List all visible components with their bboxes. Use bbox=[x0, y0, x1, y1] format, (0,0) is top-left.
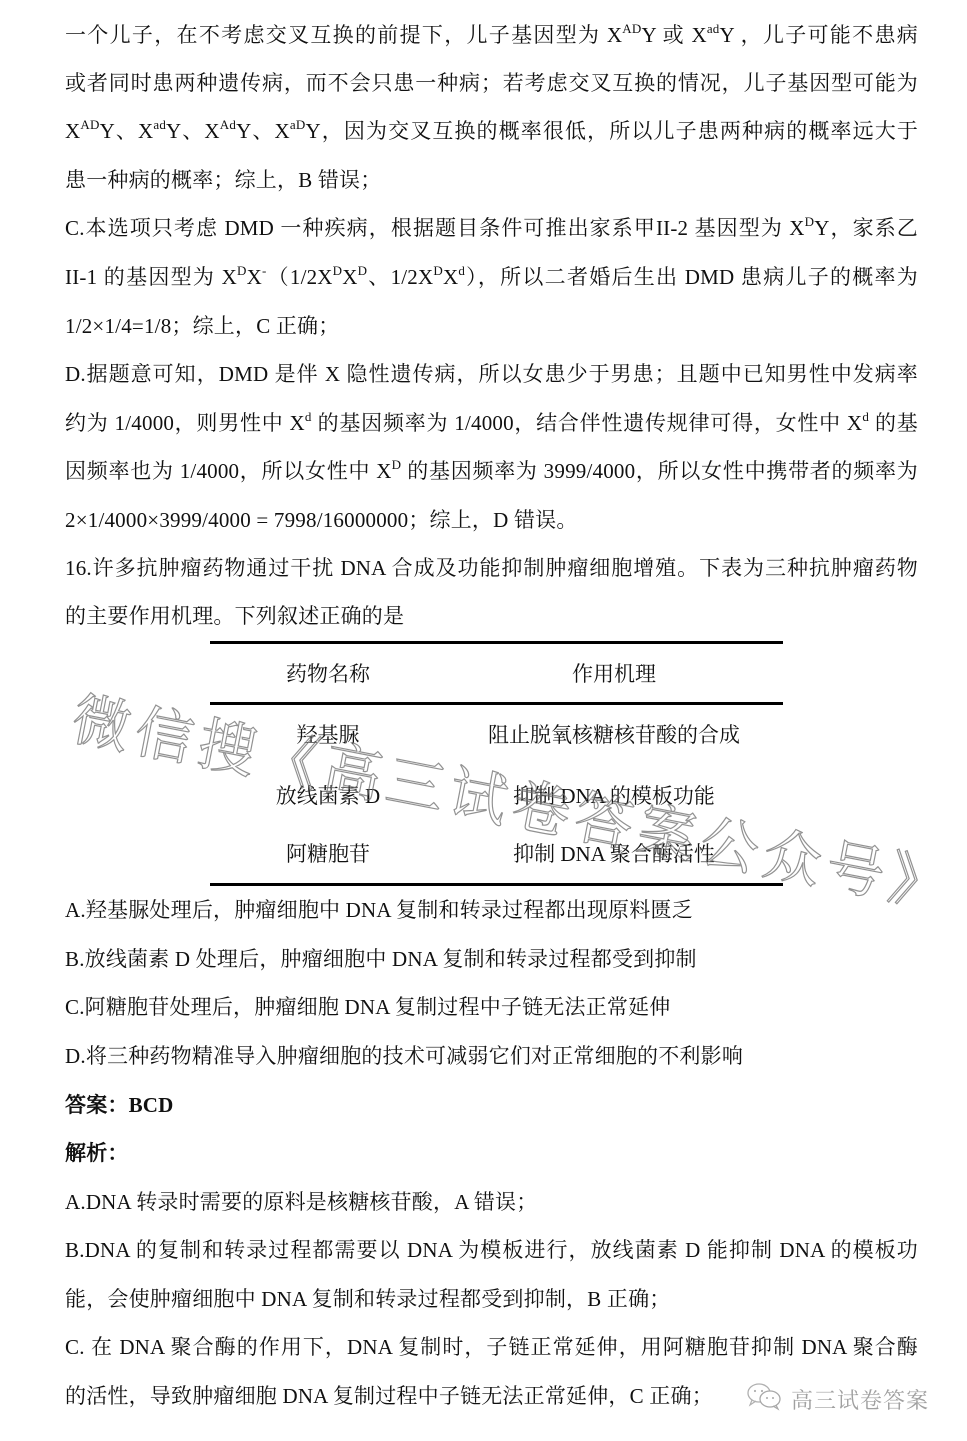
text-span: 因频率也为 1/4000，所以女性中 X bbox=[65, 459, 392, 483]
option-a: A.羟基脲处理后，肿瘤细胞中 DNA 复制和转录过程都出现原料匮乏 bbox=[65, 896, 693, 924]
account-logo: 高三试卷答案 bbox=[745, 1382, 929, 1417]
question-stem: 16.许多抗肿瘤药物通过干扰 DNA 合成及功能抑制肿瘤细胞增殖。下表为三种抗肿… bbox=[65, 554, 918, 582]
table-cell: 抑制 DNA 聚合酶活性 bbox=[513, 840, 715, 868]
text-span: 、1/2X bbox=[367, 265, 433, 289]
text-span: （1/2X bbox=[267, 265, 333, 289]
table-bottom-rule bbox=[210, 883, 783, 886]
superscript: AD bbox=[80, 117, 99, 132]
superscript: Ad bbox=[220, 117, 236, 132]
text-span: X bbox=[65, 119, 80, 143]
text-span: X bbox=[342, 265, 357, 289]
text-span: Y ，儿子可能不患病 bbox=[720, 23, 918, 47]
analysis-line: 能，会使肿瘤细胞中 DNA 复制和转录过程都受到抑制，B 正确； bbox=[65, 1285, 671, 1313]
table-cell: 抑制 DNA 的模板功能 bbox=[513, 782, 715, 810]
superscript: D bbox=[237, 263, 247, 278]
table-cell: 放线菌素 D bbox=[276, 782, 380, 810]
superscript: D bbox=[433, 263, 443, 278]
text-span: 约为 1/4000，则男性中 X bbox=[65, 411, 305, 435]
text-span: Y、X bbox=[100, 119, 154, 143]
text-line: 约为 1/4000，则男性中 Xd 的基因频率为 1/4000，结合伴性遗传规律… bbox=[65, 409, 918, 437]
superscript: D bbox=[805, 214, 815, 229]
table-cell: 阻止脱氧核糖核苷酸的合成 bbox=[488, 721, 740, 749]
text-line: D.据题意可知，DMD 是伴 X 隐性遗传病，所以女患少于男患；且题中已知男性中… bbox=[65, 360, 918, 388]
table-header-rule bbox=[210, 702, 783, 705]
wechat-icon bbox=[745, 1382, 785, 1417]
superscript: AD bbox=[622, 21, 641, 36]
text-span: II-1 的基因型为 X bbox=[65, 265, 237, 289]
text-line: C.本选项只考虑 DMD 一种疾病，根据题目条件可推出家系甲II-2 基因型为 … bbox=[65, 214, 918, 242]
analysis-line: C. 在 DNA 聚合酶的作用下，DNA 复制时，子链正常延伸，用阿糖胞苷抑制 … bbox=[65, 1333, 918, 1361]
text-span: Y，因为交叉互换的概率很低，所以儿子患两种病的概率远大于 bbox=[305, 119, 918, 143]
option-d: D.将三种药物精准导入肿瘤细胞的技术可减弱它们对正常细胞的不利影响 bbox=[65, 1042, 743, 1070]
text-span: 的基因频率为 1/4000，结合伴性遗传规律可得，女性中 X bbox=[312, 411, 863, 435]
superscript: D bbox=[392, 457, 402, 472]
table-top-rule bbox=[210, 641, 783, 644]
superscript: aD bbox=[290, 117, 306, 132]
answer-label: 答案：BCD bbox=[65, 1091, 174, 1119]
superscript: ad bbox=[707, 21, 720, 36]
superscript: d bbox=[305, 409, 312, 424]
analysis-line: B.DNA 的复制和转录过程都需要以 DNA 为模板进行，放线菌素 D 能抑制 … bbox=[65, 1236, 918, 1264]
text-span: 的基因频率为 3999/4000，所以女性中携带者的频率为 bbox=[401, 459, 918, 483]
text-span: 一个儿子，在不考虑交叉互换的前提下，儿子基因型为 X bbox=[65, 23, 622, 47]
analysis-label: 解析： bbox=[65, 1139, 129, 1167]
text-line: XADY、XadY、XAdY、XaDY，因为交叉互换的概率很低，所以儿子患两种病… bbox=[65, 117, 918, 145]
text-line: 2×1/4000×3999/4000 = 7998/16000000；综上，D … bbox=[65, 506, 578, 534]
text-span: Y、X bbox=[236, 119, 290, 143]
account-name: 高三试卷答案 bbox=[791, 1384, 929, 1415]
text-span: ），所以二者婚后生出 DMD 患病儿子的概率为 bbox=[465, 265, 918, 289]
analysis-line: 的活性，导致肿瘤细胞 DNA 复制过程中子链无法正常延伸，C 正确； bbox=[65, 1382, 713, 1410]
question-stem: 的主要作用机理。下列叙述正确的是 bbox=[65, 602, 404, 630]
table-cell: 阿糖胞苷 bbox=[286, 840, 370, 868]
superscript: d bbox=[862, 409, 869, 424]
text-span: X bbox=[247, 265, 262, 289]
superscript: D bbox=[333, 263, 343, 278]
document-page: 一个儿子，在不考虑交叉互换的前提下，儿子基因型为 XADY 或 XadY ，儿子… bbox=[0, 0, 967, 1441]
text-span: Y、X bbox=[166, 119, 220, 143]
option-c: C.阿糖胞苷处理后，肿瘤细胞 DNA 复制过程中子链无法正常延伸 bbox=[65, 993, 671, 1021]
table-cell: 羟基脲 bbox=[297, 721, 360, 749]
text-line: II-1 的基因型为 XDX-（1/2XDXD、1/2XDXd），所以二者婚后生… bbox=[65, 263, 918, 291]
text-line: 一个儿子，在不考虑交叉互换的前提下，儿子基因型为 XADY 或 XadY ，儿子… bbox=[65, 21, 918, 49]
text-line: 或者同时患两种遗传病，而不会只患一种病；若考虑交叉互换的情况，儿子基因型可能为 bbox=[65, 69, 918, 97]
superscript: ad bbox=[153, 117, 166, 132]
text-span: 的基 bbox=[869, 411, 918, 435]
superscript: D bbox=[358, 263, 368, 278]
text-span: Y，家系乙 bbox=[814, 216, 918, 240]
text-line: 1/2×1/4=1/8；综上，C 正确； bbox=[65, 312, 339, 340]
text-line: 因频率也为 1/4000，所以女性中 XD 的基因频率为 3999/4000，所… bbox=[65, 457, 918, 485]
text-span: C.本选项只考虑 DMD 一种疾病，根据题目条件可推出家系甲II-2 基因型为 … bbox=[65, 216, 805, 240]
table-header-cell: 作用机理 bbox=[572, 660, 656, 688]
analysis-line: A.DNA 转录时需要的原料是核糖核苷酸，A 错误； bbox=[65, 1188, 537, 1216]
text-span: X bbox=[443, 265, 458, 289]
table-header-cell: 药物名称 bbox=[286, 660, 370, 688]
text-line: 患一种病的概率；综上，B 错误； bbox=[65, 166, 381, 194]
option-b: B.放线菌素 D 处理后，肿瘤细胞中 DNA 复制和转录过程都受到抑制 bbox=[65, 945, 697, 973]
superscript: - bbox=[262, 263, 267, 278]
superscript: d bbox=[458, 263, 465, 278]
text-span: Y 或 X bbox=[641, 23, 706, 47]
